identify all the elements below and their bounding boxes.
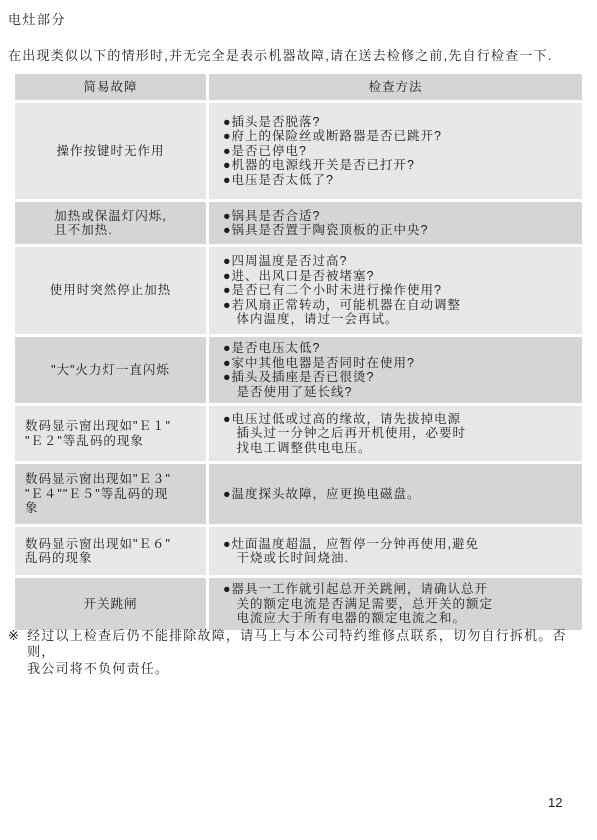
checks-cell: ●器具一工作就引起总开关跳闸，请确认总开 关的额定电流是否满足需要，总开关的额定… bbox=[209, 578, 582, 630]
fault-cell: 加热或保温灯闪烁, 且不加热. bbox=[15, 202, 206, 244]
checks-cell: ●四周温度是否过高? ●进、出风口是否被堵塞? ●是否已有二个小时未进行操作使用… bbox=[209, 247, 582, 334]
fault-cell: 数码显示窗出现如"Ｅ３" "Ｅ４""Ｅ５"等乱码的现 象 bbox=[15, 464, 206, 524]
reference-mark: ※ bbox=[8, 628, 20, 644]
footer-note-text: 经过以上检查后仍不能排除故障，请马上与本公司特约维修点联系，切勿自行拆机。否则，… bbox=[27, 628, 592, 677]
fault-cell: 使用时突然停止加热 bbox=[15, 247, 206, 334]
table-header-row: 简易故障 检查方法 bbox=[15, 74, 582, 100]
checks-cell: ●电压过低或过高的缘故，请先拔掉电源 插头过一分钟之后再开机使用，必要时 找电工… bbox=[209, 406, 582, 461]
page-title: 电灶部分 bbox=[8, 9, 66, 28]
header-fault-column: 简易故障 bbox=[15, 74, 206, 100]
fault-cell: 开关跳闸 bbox=[15, 578, 206, 630]
header-method-column: 检查方法 bbox=[209, 74, 582, 100]
table-row: 数码显示窗出现如"Ｅ１" "Ｅ２"等乱码的现象 ●电压过低或过高的缘故，请先拔掉… bbox=[15, 406, 582, 461]
checks-cell: ●是否电压太低? ●家中其他电器是否同时在使用? ●插头及插座是否已很烫? 是否… bbox=[209, 337, 582, 403]
page-number: 12 bbox=[548, 795, 562, 810]
table-row: 加热或保温灯闪烁, 且不加热. ●锅具是否合适? ●锅具是否置于陶瓷顶板的正中央… bbox=[15, 202, 582, 244]
fault-cell: 数码显示窗出现如"Ｅ６" 乱码的现象 bbox=[15, 527, 206, 575]
checks-cell: ●锅具是否合适? ●锅具是否置于陶瓷顶板的正中央? bbox=[209, 202, 582, 244]
manual-page: 电灶部分 在出现类似以下的情形时,并无完全是表示机器故障,请在送去检修之前,先自… bbox=[0, 0, 597, 840]
intro-text: 在出现类似以下的情形时,并无完全是表示机器故障,请在送去检修之前,先自行检查一下… bbox=[8, 45, 590, 64]
fault-cell: 操作按键时无作用 bbox=[15, 103, 206, 199]
troubleshooting-table: 简易故障 检查方法 操作按键时无作用 ●插头是否脱落? ●府上的保险丝或断路器是… bbox=[15, 74, 582, 630]
table-row: 使用时突然停止加热 ●四周温度是否过高? ●进、出风口是否被堵塞? ●是否已有二… bbox=[15, 247, 582, 334]
table-row: 数码显示窗出现如"Ｅ３" "Ｅ４""Ｅ５"等乱码的现 象 ●温度探头故障，应更换… bbox=[15, 464, 582, 524]
checks-cell: ●灶面温度超温，应暂停一分钟再使用,避免 干烧或长时间烧油. bbox=[209, 527, 582, 575]
checks-cell: ●插头是否脱落? ●府上的保险丝或断路器是否已跳开? ●是否已停电? ●机器的电… bbox=[209, 103, 582, 199]
checks-cell: ●温度探头故障，应更换电磁盘。 bbox=[209, 464, 582, 524]
table-row: 开关跳闸 ●器具一工作就引起总开关跳闸，请确认总开 关的额定电流是否满足需要，总… bbox=[15, 578, 582, 630]
fault-cell: 数码显示窗出现如"Ｅ１" "Ｅ２"等乱码的现象 bbox=[15, 406, 206, 461]
footer-note: ※ 经过以上检查后仍不能排除故障，请马上与本公司特约维修点联系，切勿自行拆机。否… bbox=[8, 628, 592, 677]
table-row: "大"火力灯一直闪烁 ●是否电压太低? ●家中其他电器是否同时在使用? ●插头及… bbox=[15, 337, 582, 403]
fault-cell: "大"火力灯一直闪烁 bbox=[15, 337, 206, 403]
table-row: 操作按键时无作用 ●插头是否脱落? ●府上的保险丝或断路器是否已跳开? ●是否已… bbox=[15, 103, 582, 199]
table-row: 数码显示窗出现如"Ｅ６" 乱码的现象 ●灶面温度超温，应暂停一分钟再使用,避免 … bbox=[15, 527, 582, 575]
